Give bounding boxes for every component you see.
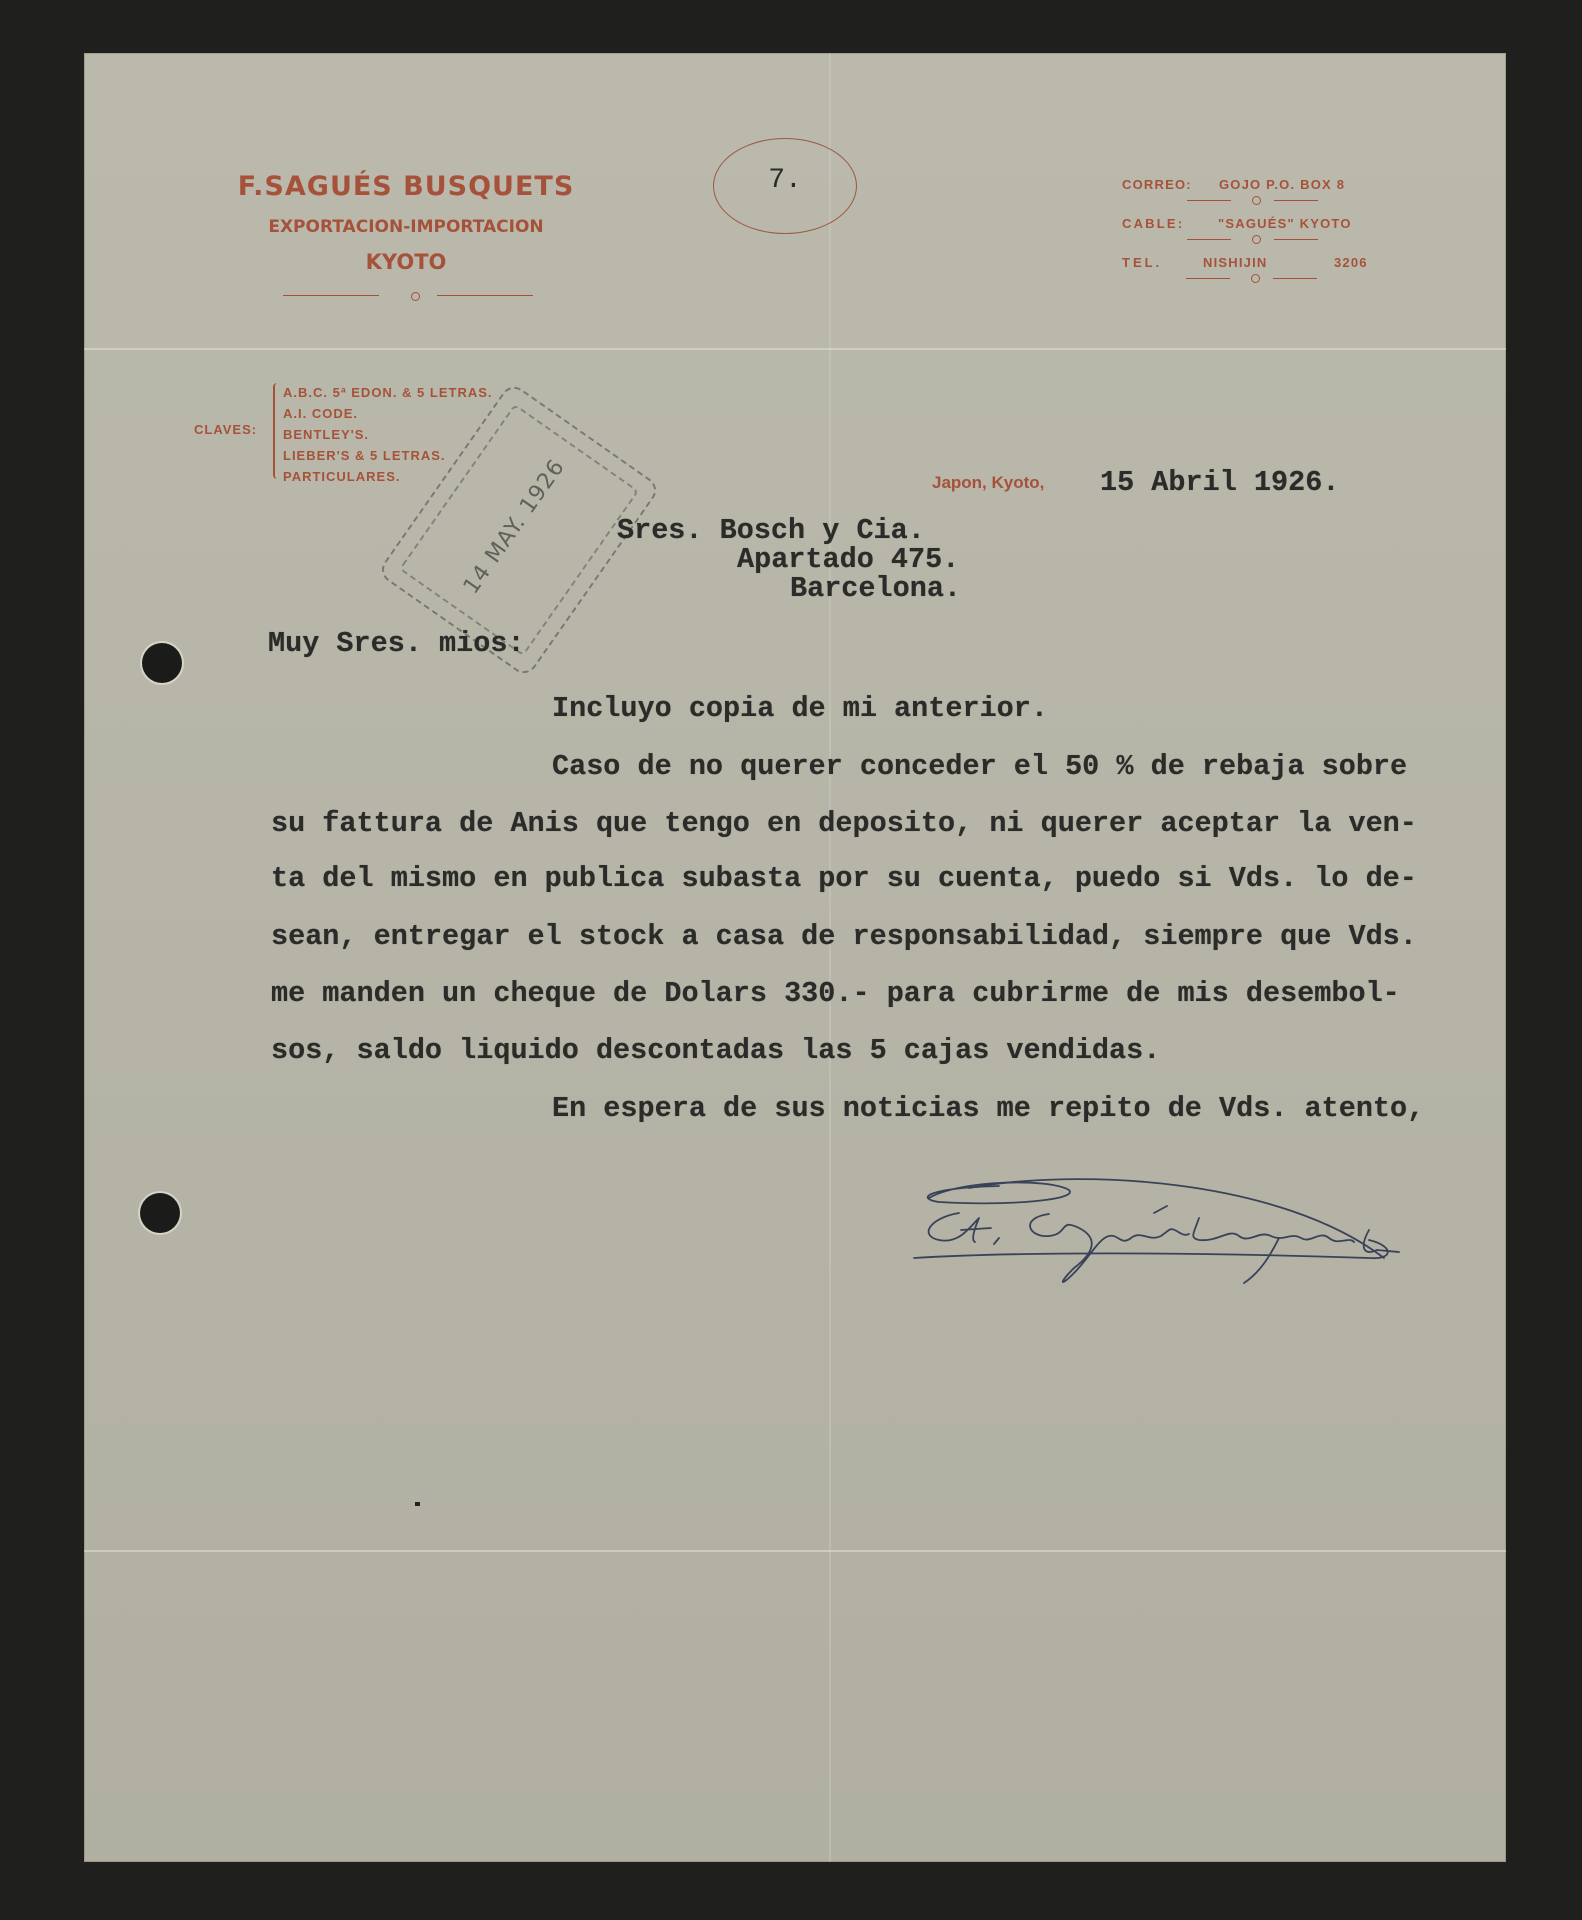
fold-line-upper xyxy=(84,348,1506,350)
company-city: KYOTO xyxy=(235,250,577,274)
clave-item: A.I. CODE. xyxy=(283,403,493,424)
page-number: 7. xyxy=(714,165,856,196)
divider-rule xyxy=(283,295,379,296)
body-line: sos, saldo liquido descontadas las 5 caj… xyxy=(271,1037,1160,1066)
claves-label: CLAVES: xyxy=(194,422,257,437)
company-business: EXPORTACION-IMPORTACION xyxy=(235,217,577,237)
printed-place: Japon, Kyoto, xyxy=(932,473,1044,493)
recipient-line: Sres. Bosch y Cia. xyxy=(617,517,925,546)
salutation: Muy Sres. mios: xyxy=(268,630,525,659)
divider-rule xyxy=(1187,200,1231,201)
body-line: sean, entregar el stock a casa de respon… xyxy=(271,923,1417,952)
punch-hole xyxy=(140,1193,180,1233)
cable-value: "SAGUÉS" KYOTO xyxy=(1218,216,1352,231)
fold-line-vertical xyxy=(829,53,831,1862)
divider-ring-icon xyxy=(411,292,420,301)
ink-speck xyxy=(415,1502,420,1506)
letter-sheet: F.SAGUÉS BUSQUETS EXPORTACION-IMPORTACIO… xyxy=(84,53,1506,1862)
divider-ring-icon xyxy=(1252,235,1261,244)
divider-rule xyxy=(1273,278,1317,279)
clave-item: BENTLEY'S. xyxy=(283,424,493,445)
recipient-line: Barcelona. xyxy=(790,575,961,604)
divider-rule xyxy=(1274,239,1318,240)
correo-label: CORREO: xyxy=(1122,177,1192,192)
tel-label: TEL. xyxy=(1122,255,1162,270)
body-line: Incluyo copia de mi anterior. xyxy=(552,695,1048,724)
divider-rule xyxy=(1187,239,1231,240)
body-line: ta del mismo en publica subasta por su c… xyxy=(271,865,1417,894)
clave-item: A.B.C. 5ª EDON. & 5 LETRAS. xyxy=(283,382,493,403)
recipient-line: Apartado 475. xyxy=(737,546,959,575)
body-line: su fattura de Anis que tengo en deposito… xyxy=(271,810,1417,839)
fold-line-lower xyxy=(84,1550,1506,1552)
divider-rule xyxy=(1274,200,1318,201)
contact-correo: CORREO: GOJO P.O. BOX 8 xyxy=(1122,177,1382,193)
tel-number: 3206 xyxy=(1334,255,1368,270)
punch-hole xyxy=(142,643,182,683)
company-name: F.SAGUÉS BUSQUETS xyxy=(235,171,577,202)
letter-date: 15 Abril 1926. xyxy=(1100,469,1339,498)
correo-value: GOJO P.O. BOX 8 xyxy=(1219,177,1345,192)
divider-rule xyxy=(437,295,533,296)
body-line: me manden un cheque de Dolars 330.- para… xyxy=(271,980,1400,1009)
brace-icon xyxy=(273,383,281,479)
body-line: Caso de no querer conceder el 50 % de re… xyxy=(552,753,1407,782)
cable-label: CABLE: xyxy=(1122,216,1184,231)
body-line: En espera de sus noticias me repito de V… xyxy=(552,1095,1424,1124)
tel-exchange: NISHIJIN xyxy=(1203,255,1268,270)
page-number-oval: 7. xyxy=(713,138,857,234)
divider-ring-icon xyxy=(1251,274,1260,283)
divider-rule xyxy=(1186,278,1230,279)
signature-icon xyxy=(899,1158,1409,1298)
divider-ring-icon xyxy=(1252,196,1261,205)
contact-tel: TEL. NISHIJIN 3206 xyxy=(1122,255,1382,271)
contact-cable: CABLE: "SAGUÉS" KYOTO xyxy=(1122,216,1382,232)
